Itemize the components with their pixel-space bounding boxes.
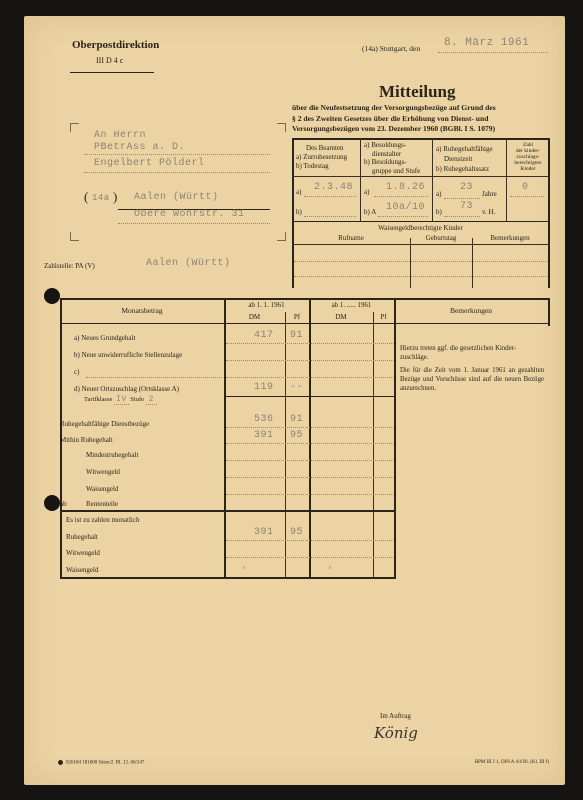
row-line (226, 427, 394, 428)
recipient-salutation: An Herrn (94, 130, 146, 142)
address-line (118, 223, 270, 224)
period1-pf-header: Pf (285, 313, 309, 321)
service-years: 23 (460, 182, 473, 193)
tariff-class-value: IV (114, 395, 129, 405)
info-col4-header: Zahl der kinder- zuschlags- berechtigten… (508, 142, 548, 172)
row-a-label: a) (436, 190, 441, 198)
row-label-grundgehalt: a) Neues Grundgehalt (74, 334, 135, 342)
row-label-waisengeld: Waisengeld (86, 485, 118, 493)
ortszuschlag-dm: 119 (254, 382, 274, 393)
period2-pf-divider (373, 312, 374, 578)
period2-pf-header: Pf (373, 313, 394, 321)
info-table-left (292, 138, 294, 288)
info-col-divider (432, 138, 433, 222)
orphans-row (294, 261, 548, 262)
date-line (438, 52, 548, 53)
orphans-col-divider (472, 238, 473, 288)
paying-office-label: Zahlstelle: PA (V) (44, 262, 95, 270)
period2-dm-header: DM (309, 313, 373, 321)
payable-ruhegehalt-label: Ruhegehalt (66, 533, 98, 541)
letter-date: 8. März 1961 (444, 37, 529, 49)
monthly-amount-header: Monatsbetrag (60, 306, 224, 315)
remark-2: Die für die Zeit vom 1. Januar 1961 an g… (400, 366, 544, 393)
period1-left-border (224, 298, 226, 578)
remarks-text: Hierzu treten ggf. die gesetzlichen Kind… (400, 344, 544, 393)
grundgehalt-pf: 91 (290, 330, 303, 341)
row-line (86, 377, 222, 378)
orphans-col-divider (410, 238, 411, 288)
payable-title: Es ist zu zahlen monatlich (66, 516, 139, 524)
row-line (226, 360, 394, 361)
info-col1-header: Des Beamten a) Zurruhesetzung b) Todesta… (296, 144, 347, 171)
period1-header: ab 1. 1. 1961 (224, 301, 309, 309)
info-body-bottom (292, 221, 549, 222)
postal-paren-open: ( (84, 189, 88, 205)
recipient-city: Aalen (Württ) (134, 192, 219, 203)
row-label-mindestruhegehalt: Mindestruhegehalt (86, 451, 139, 459)
place-label: (14a) Stuttgart, den (362, 44, 420, 53)
row-line (226, 494, 394, 495)
payable-waisengeld-mark-1: × (242, 564, 246, 572)
row-label-mithin-ruhegehalt: Mithin Ruhegehalt (60, 436, 113, 444)
row-a-label: a) (296, 188, 301, 196)
address-line (84, 172, 270, 173)
info-col3-header: a) Ruhegehaltfähige Dienstzeit b) Ruhege… (436, 144, 493, 174)
field-line (304, 196, 356, 197)
remarks-header: Bemerkungen (394, 306, 548, 315)
remarks-left-border (394, 298, 396, 578)
period1-dm-header: DM (224, 313, 285, 321)
window-corner-tl (70, 123, 79, 132)
document-subtitle: über die Neufestsetzung der Versorgungsb… (292, 103, 554, 135)
period1-pf-divider (285, 312, 286, 578)
info-table-right (548, 138, 550, 288)
ortszuschlag-pf: -- (290, 382, 303, 393)
ruhegehaltfaehig-pf: 91 (290, 414, 303, 425)
percent-label: v. H. (482, 208, 495, 216)
punch-hole-bottom (44, 495, 60, 511)
row-b-label: b) (436, 208, 442, 216)
row-label-c: c) (74, 368, 79, 376)
postal-paren-close: ) (113, 189, 117, 205)
recipient-title: PBetrAss a. D. (94, 142, 185, 154)
header-underline (70, 72, 154, 73)
payable-waisengeld-mark-2: × (328, 564, 332, 572)
children-count: 0 (522, 182, 529, 193)
window-corner-br (277, 232, 286, 241)
row-label-ortszuschlag: d) Neuer Ortszuschlag (Ortsklasse A) (74, 385, 179, 393)
signature-label: Im Auftrag (380, 712, 411, 720)
pension-rate: 73 (460, 201, 473, 212)
main-table-top (60, 298, 549, 300)
subtotal-line (224, 396, 394, 397)
ruhegehaltfaehig-dm: 536 (254, 414, 274, 425)
row-line (226, 343, 394, 344)
row-line (226, 377, 394, 378)
field-line (304, 216, 356, 217)
info-col-divider (506, 138, 507, 222)
payable-ruhegehalt-dm: 391 (254, 527, 274, 538)
row-label-ruhegehaltfaehig: Ruhegehaltfähige Dienstbezüge (60, 420, 149, 428)
info-col-divider (360, 138, 361, 222)
years-label: Jahre (482, 190, 497, 198)
period2-left-border (309, 298, 311, 578)
tariff-line: Tarifklasse IV Stufe 2 (84, 395, 157, 404)
document-page: Oberpostdirektion III D 4 c (14a) Stuttg… (24, 16, 565, 785)
punch-hole-top (44, 288, 60, 304)
row-line (226, 443, 394, 444)
ruhegehalt-dm: 391 (254, 430, 274, 441)
row-label-stellenzulage: b) Neue unwiderrufliche Stellenzulage (74, 351, 182, 359)
signature: König (374, 724, 418, 742)
payable-ruhegehalt-pf: 95 (290, 527, 303, 538)
field-line (378, 216, 428, 217)
ruhegehalt-pf: 95 (290, 430, 303, 441)
period2-header: ab 1. ..... 1961 (309, 301, 394, 309)
row-b-label: b) (296, 208, 302, 216)
orphans-table-title: Waisengeldberechtigte Kinder (292, 224, 549, 232)
print-mark-icon (58, 760, 63, 765)
orphans-col-geburtstag: Geburtstag (410, 234, 472, 242)
row-line (226, 477, 394, 478)
payable-witwengeld-label: Witwengeld (66, 549, 100, 557)
field-line (444, 216, 480, 217)
row-label-witwengeld: Witwengeld (86, 468, 120, 476)
row-a-label: a) (364, 188, 369, 196)
window-corner-bl (70, 232, 79, 241)
window-corner-tr (277, 123, 286, 132)
postal-code: 14a (92, 193, 110, 203)
stufe-value: 2 (146, 395, 157, 405)
main-table-right (548, 298, 550, 326)
row-b-label: b) A (364, 208, 376, 216)
orphans-col-rufname: Rufname (292, 234, 410, 242)
recipient-name: Engelbert Pölderl (94, 158, 205, 169)
authority-name: Oberpostdirektion (72, 39, 159, 51)
row-line (226, 557, 394, 558)
orphans-col-bemerkungen: Bemerkungen (472, 234, 548, 242)
orphans-row (294, 276, 548, 277)
info-header-bottom (292, 176, 549, 177)
recipient-street: Obere Wöhrstr. 31 (134, 209, 245, 220)
grundgehalt-dm: 417 (254, 330, 274, 341)
footer-left: 026184 181600 Sätze/2. Bl. 12. 60/247 (58, 760, 144, 766)
seniority-date: 1.8.26 (386, 182, 425, 193)
info-table-top (292, 138, 549, 140)
retirement-date: 2.3.48 (314, 182, 353, 193)
field-line (510, 196, 544, 197)
info-col2-header: a) Besoldungs- dienstalter b) Besoldungs… (364, 141, 420, 175)
row-line (226, 540, 394, 541)
payable-box-bottom (60, 577, 396, 579)
field-line (374, 196, 428, 197)
field-line (444, 198, 480, 199)
address-line (84, 154, 270, 155)
footer-right: BPM III J 1, DIN A 4/4 Bl. (Kl. III f) (475, 760, 549, 765)
remark-1: Hierzu treten ggf. die gesetzlichen Kind… (400, 344, 544, 362)
row-line (226, 460, 394, 461)
department-code: III D 4 c (96, 56, 123, 65)
paying-office-value: Aalen (Württ) (146, 258, 231, 269)
payable-waisengeld-label: Waisengeld (66, 566, 98, 574)
pay-grade: 10a/10 (386, 202, 425, 213)
document-title: Mitteilung (379, 82, 456, 102)
row-prefix-ab: ab (60, 500, 67, 508)
orphans-header-line (292, 244, 549, 245)
row-label-rententeile: Rententeile (86, 500, 118, 508)
main-header-bottom (60, 323, 549, 324)
payable-box-top (60, 510, 396, 512)
